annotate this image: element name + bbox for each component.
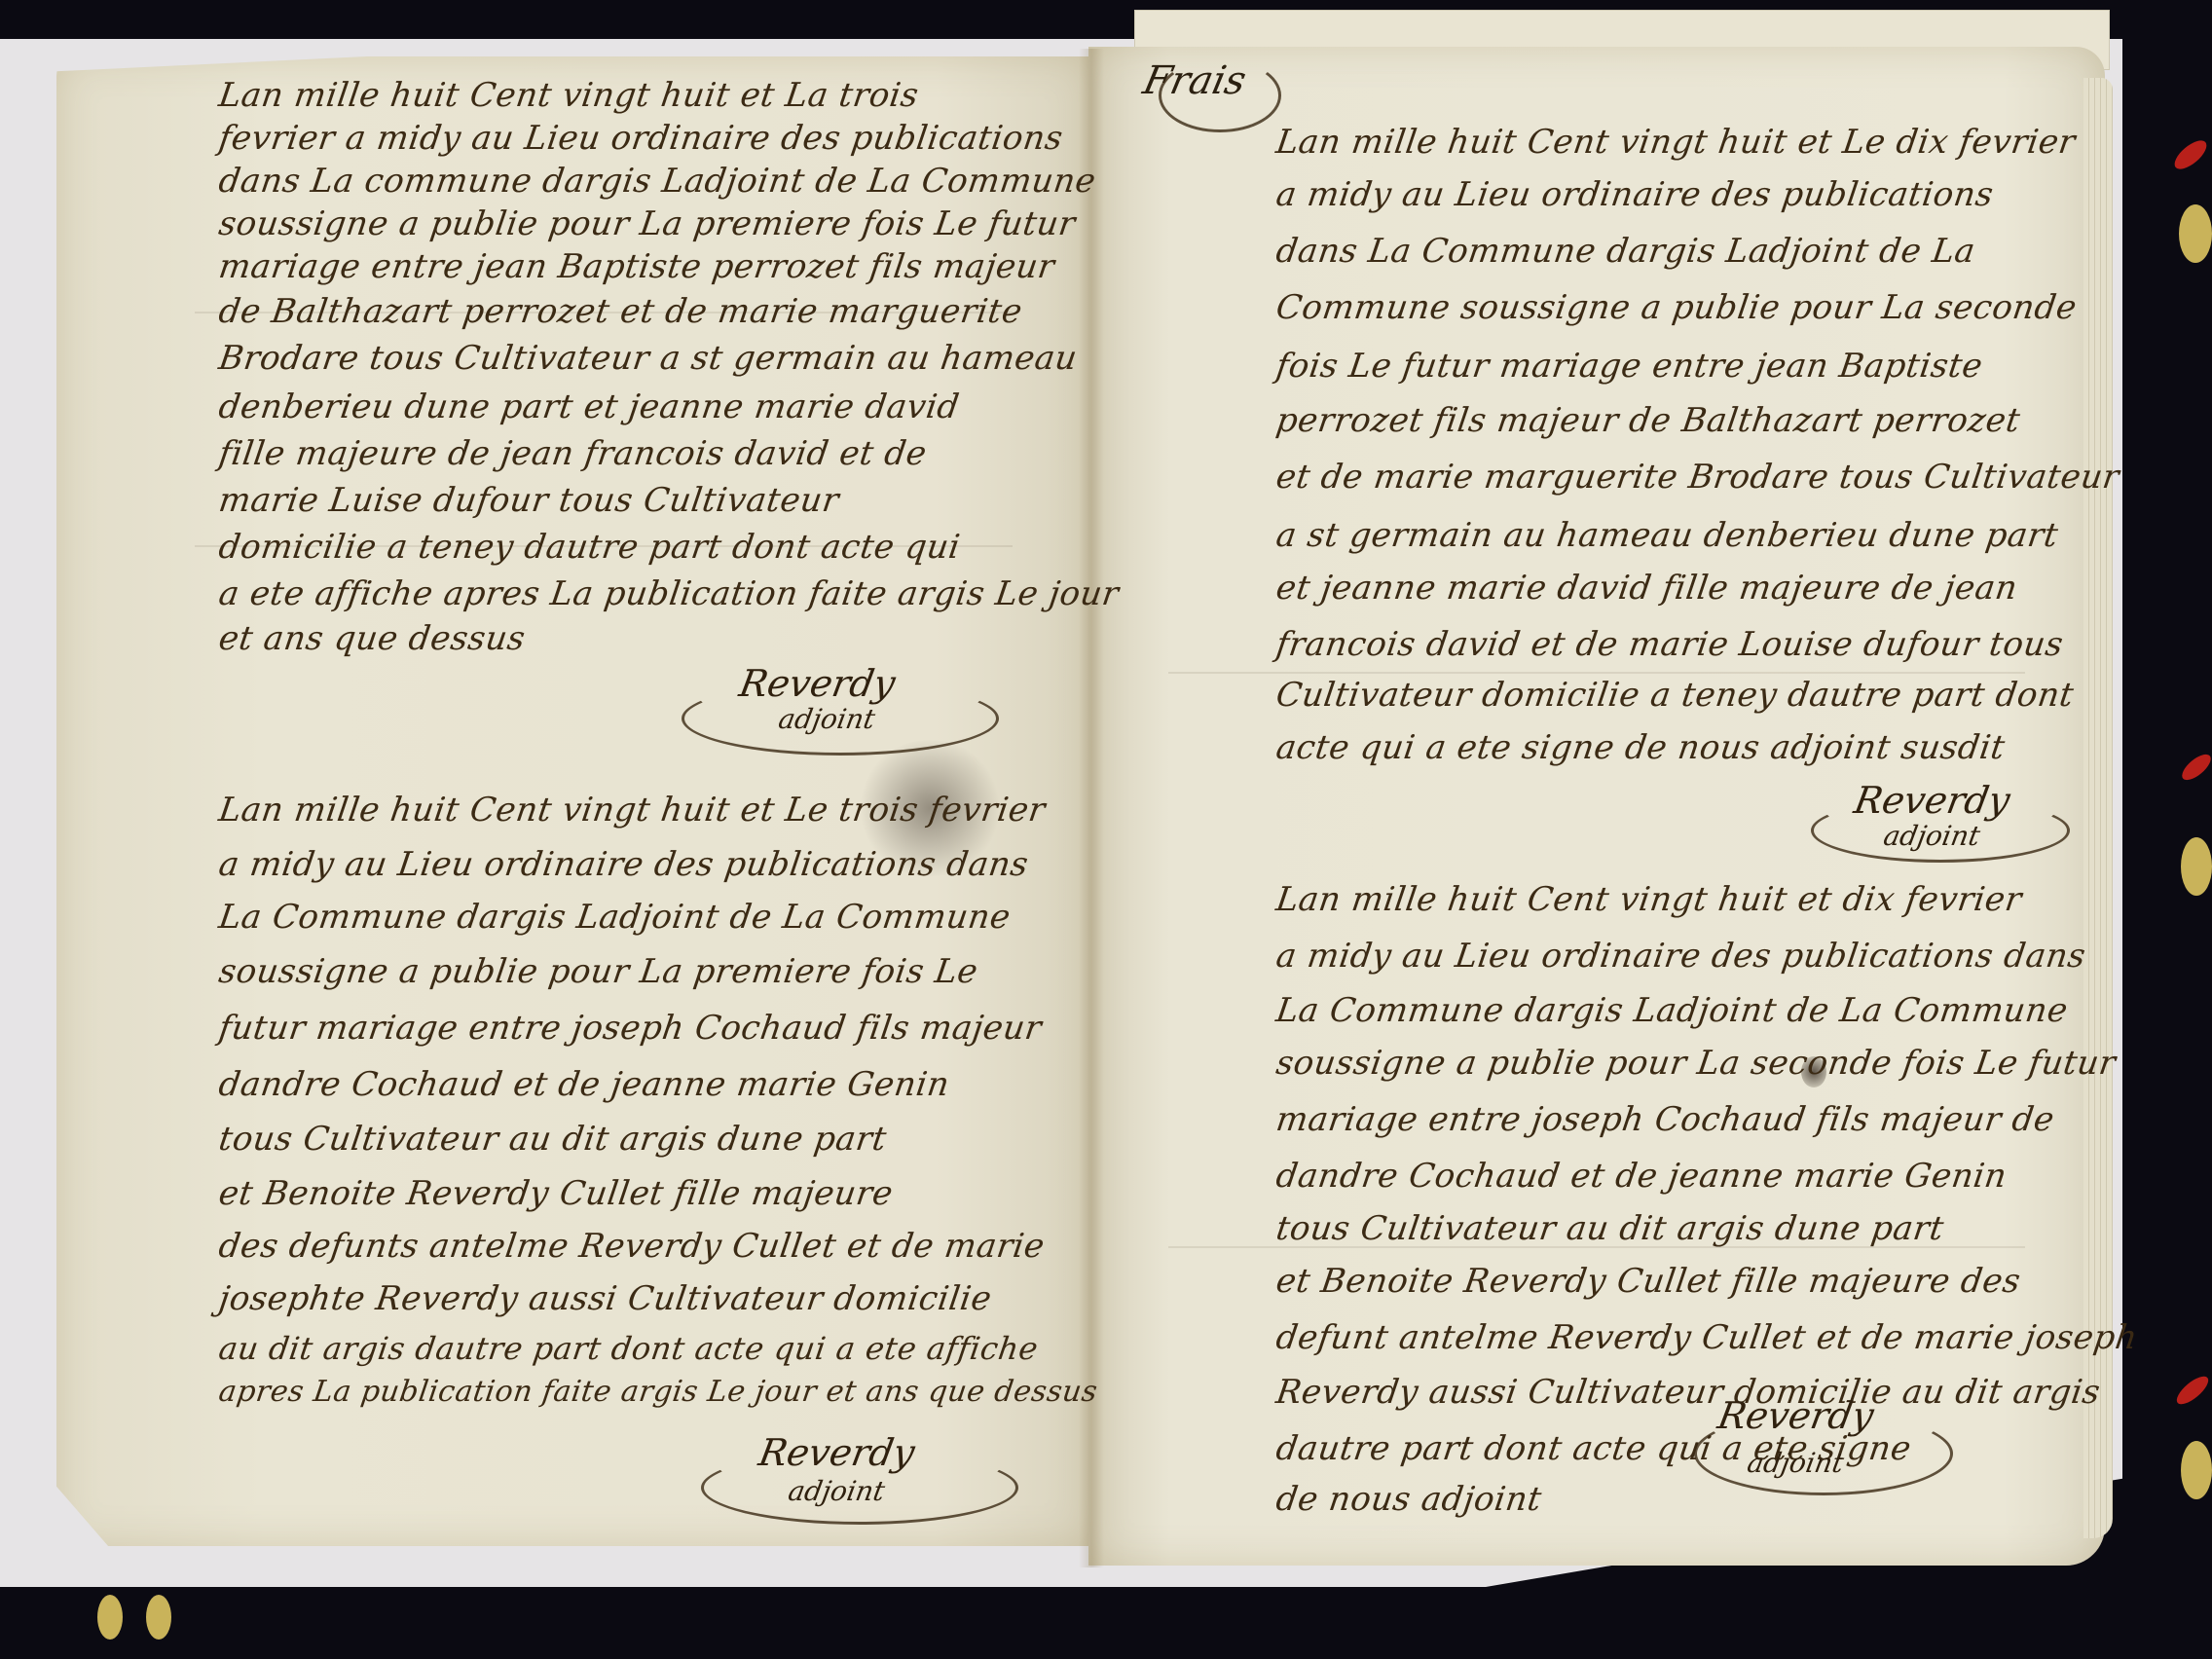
embroidery-gold-motif	[97, 1595, 123, 1640]
margin-note-flourish	[1159, 58, 1281, 132]
text-line: marie Luise dufour tous Cultivateur	[216, 481, 841, 520]
text-line: dans La Commune dargis Ladjoint de La	[1273, 232, 1977, 271]
text-line: Lan mille huit Cent vingt huit et Le tro…	[216, 791, 1048, 829]
text-line: et Benoite Reverdy Cullet fille majeure …	[1273, 1262, 2023, 1301]
text-line: mariage entre jean Baptiste perrozet fil…	[216, 247, 1057, 286]
text-line: a midy au Lieu ordinaire des publication…	[1273, 175, 1996, 214]
text-line: defunt antelme Reverdy Cullet et de mari…	[1273, 1318, 2140, 1357]
signature-flourish	[682, 682, 999, 756]
text-line: a midy au Lieu ordinaire des publication…	[1273, 937, 2088, 976]
text-line: tous Cultivateur au dit argis dune part	[1273, 1209, 1946, 1248]
text-line: de Balthazart perrozet et de marie margu…	[216, 292, 1024, 331]
text-line: Commune soussigne a publie pour La secon…	[1273, 288, 2079, 327]
text-line: apres La publication faite argis Le jour…	[217, 1375, 1100, 1409]
text-line: tous Cultivateur au dit argis dune part	[216, 1120, 889, 1159]
text-line: de nous adjoint	[1273, 1480, 1544, 1519]
signature-flourish	[1811, 798, 2070, 863]
text-line: Lan mille huit Cent vingt huit et Le dix…	[1273, 123, 2078, 162]
text-line: La Commune dargis Ladjoint de La Commune	[1273, 991, 2070, 1030]
text-line: soussigne a publie pour La seconde fois …	[1273, 1044, 2118, 1083]
text-line: et ans que dessus	[216, 619, 528, 658]
text-line: a st germain au hameau denberieu dune pa…	[1273, 516, 2060, 555]
embroidery-gold-motif	[2181, 1441, 2212, 1499]
text-line: domicilie a teney dautre part dont acte …	[216, 528, 963, 567]
text-line: mariage entre joseph Cochaud fils majeur…	[1273, 1100, 2056, 1139]
text-line: fevrier a midy au Lieu ordinaire des pub…	[216, 119, 1065, 158]
text-line: et Benoite Reverdy Cullet fille majeure	[216, 1174, 896, 1213]
text-line: et de marie marguerite Brodare tous Cult…	[1273, 458, 2121, 497]
text-line: a ete affiche apres La publication faite…	[216, 574, 1122, 613]
text-line: soussigne a publie pour La premiere fois…	[216, 204, 1078, 243]
text-line: Lan mille huit Cent vingt huit et dix fe…	[1273, 880, 2024, 919]
text-line: dandre Cochaud et de jeanne marie Genin	[1273, 1157, 2009, 1196]
bleed-through-line	[1168, 672, 2025, 674]
book-gutter	[1079, 49, 1104, 1567]
text-line: La Commune dargis Ladjoint de La Commune	[216, 898, 1013, 937]
signature-flourish	[701, 1451, 1018, 1525]
text-line: josephte Reverdy aussi Cultivateur domic…	[216, 1279, 994, 1318]
text-line: des defunts antelme Reverdy Cullet et de…	[216, 1227, 1047, 1266]
text-line: fois Le futur mariage entre jean Baptist…	[1273, 347, 1985, 386]
text-line: Reverdy aussi Cultivateur domicilie au d…	[1273, 1373, 2103, 1412]
text-line: acte qui a ete signe de nous adjoint sus…	[1273, 728, 2008, 767]
text-line: fille majeure de jean francois david et …	[216, 434, 929, 473]
text-line: Lan mille huit Cent vingt huit et La tro…	[216, 76, 921, 115]
text-line: francois david et de marie Louise dufour…	[1273, 625, 2066, 664]
text-line: denberieu dune part et jeanne marie davi…	[216, 387, 962, 426]
text-line: a midy au Lieu ordinaire des publication…	[216, 845, 1031, 884]
text-line: au dit argis dautre part dont acte qui a…	[216, 1330, 1040, 1367]
text-line: soussigne a publie pour La premiere fois…	[216, 952, 980, 991]
embroidery-gold-motif	[146, 1595, 171, 1640]
text-line: dans La commune dargis Ladjoint de La Co…	[216, 162, 1098, 201]
text-line: dandre Cochaud et de jeanne marie Genin	[216, 1065, 952, 1104]
text-line: perrozet fils majeur de Balthazart perro…	[1273, 401, 2022, 440]
embroidery-gold-motif	[2179, 204, 2212, 263]
text-line: futur mariage entre joseph Cochaud fils …	[216, 1009, 1044, 1048]
text-line: et jeanne marie david fille majeure de j…	[1273, 569, 2020, 608]
signature-flourish	[1694, 1412, 1953, 1495]
embroidery-gold-motif	[2181, 837, 2212, 896]
text-line: Brodare tous Cultivateur a st germain au…	[216, 339, 1080, 378]
text-line: Cultivateur domicilie a teney dautre par…	[1273, 676, 2076, 715]
